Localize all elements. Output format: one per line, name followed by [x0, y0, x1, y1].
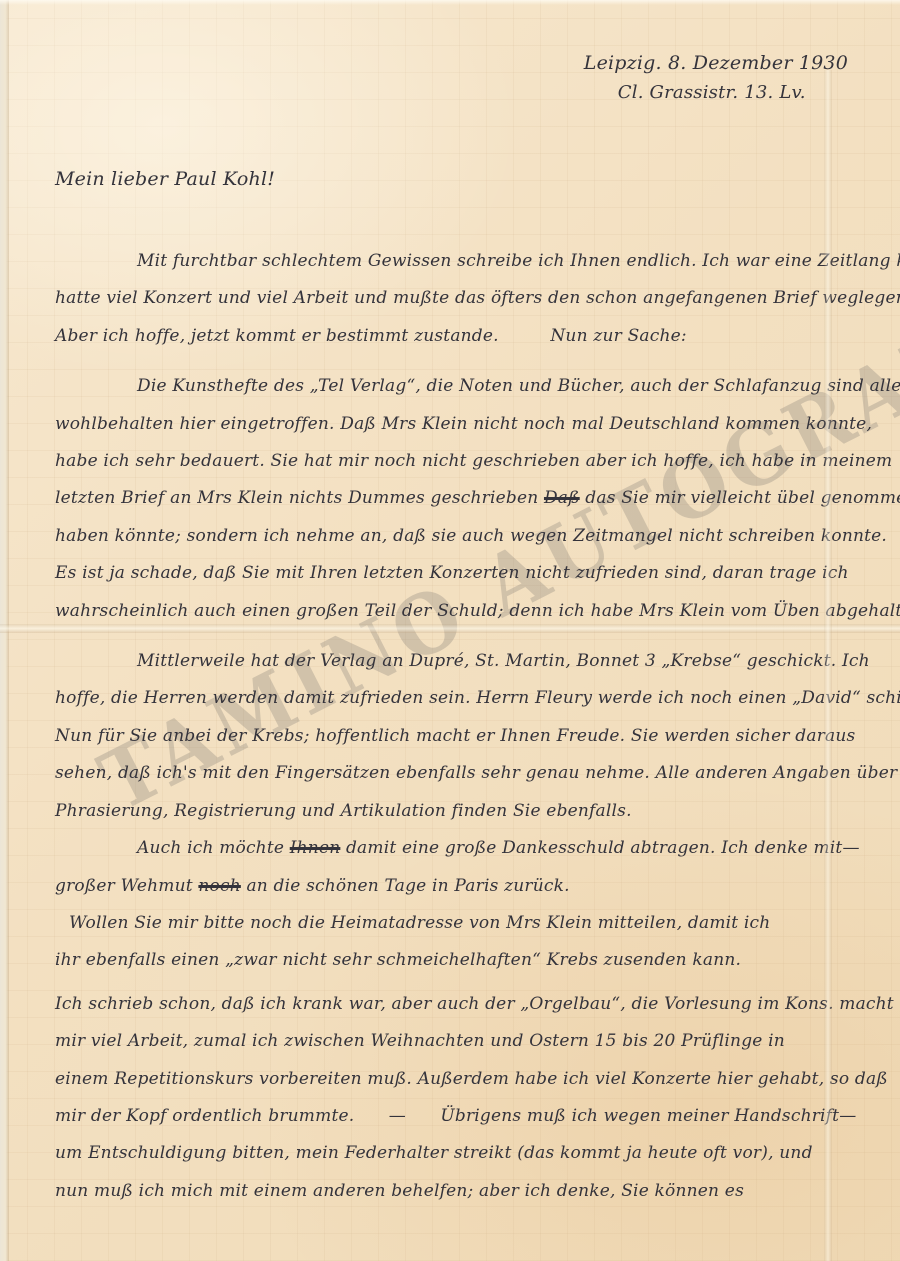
line-text: hatte viel Konzert und viel Arbeit und m… [55, 288, 900, 308]
letter-line: mir viel Arbeit, zumal ich zwischen Weih… [55, 1023, 885, 1060]
letter-line: habe ich sehr bedauert. Sie hat mir noch… [55, 443, 885, 480]
letter-line: Aber ich hoffe, jetzt kommt er bestimmt … [55, 318, 885, 355]
line-text: großer Wehmut [55, 876, 198, 896]
line-text: Mittlerweile hat der Verlag an Dupré, St… [137, 651, 870, 671]
letter-line: großer Wehmut noch an die schönen Tage i… [55, 868, 885, 905]
letter-scan-page: TAMINO AUTOGRAPHS Leipzig. 8. Dezember 1… [0, 0, 900, 1261]
letter-line: Phrasierung, Registrierung und Artikulat… [55, 793, 885, 830]
letter-line: Auch ich möchte Ihnen damit eine große D… [55, 830, 885, 867]
line-text: um Entschuldigung bitten, mein Federhalt… [55, 1143, 813, 1163]
letter-body: Mit furchtbar schlechtem Gewissen schrei… [55, 243, 885, 1210]
line-text: Ich schrieb schon, daß ich krank war, ab… [55, 994, 894, 1014]
line-text: einem Repetitionskurs vorbereiten muß. A… [55, 1069, 888, 1089]
line-text: hoffe, die Herren werden damit zufrieden… [55, 688, 900, 708]
dateline: Leipzig. 8. Dezember 1930 [584, 48, 848, 78]
letter-line: einem Repetitionskurs vorbereiten muß. A… [55, 1061, 885, 1098]
letter-line: haben könnte; sondern ich nehme an, daß … [55, 518, 885, 555]
vertical-fold-crease [824, 70, 832, 1261]
line-text: nun muß ich mich mit einem anderen behel… [55, 1181, 744, 1201]
line-text: Mit furchtbar schlechtem Gewissen schrei… [137, 251, 900, 271]
letter-line: Ich schrieb schon, daß ich krank war, ab… [55, 986, 885, 1023]
letter-line: letzten Brief an Mrs Klein nichts Dummes… [55, 480, 885, 517]
letter-line: ihr ebenfalls einen „zwar nicht sehr sch… [55, 942, 885, 979]
letter-line: Wollen Sie mir bitte noch die Heimatadre… [55, 905, 885, 942]
letter-line: nun muß ich mich mit einem anderen behel… [55, 1173, 885, 1210]
struck-out-word: Daß [544, 488, 580, 508]
letter-line: um Entschuldigung bitten, mein Federhalt… [55, 1135, 885, 1172]
line-text: mir viel Arbeit, zumal ich zwischen Weih… [55, 1031, 785, 1051]
struck-out-word: Ihnen [290, 838, 341, 858]
line-text: mir der Kopf ordentlich brummte. — Übrig… [55, 1106, 856, 1126]
line-text: Die Kunsthefte des „Tel Verlag“, die Not… [137, 376, 900, 396]
line-text: haben könnte; sondern ich nehme an, daß … [55, 526, 887, 546]
letter-line: sehen, daß ich's mit den Fingersätzen eb… [55, 755, 885, 792]
address-line: Cl. Grassistr. 13. Lv. [584, 78, 848, 108]
line-text: das Sie mir vielleicht übel genommen [580, 488, 900, 508]
letter-header: Leipzig. 8. Dezember 1930 Cl. Grassistr.… [584, 48, 848, 108]
line-text: habe ich sehr bedauert. Sie hat mir noch… [55, 451, 892, 471]
line-text: wohlbehalten hier eingetroffen. Daß Mrs … [55, 414, 872, 434]
line-text: Aber ich hoffe, jetzt kommt er bestimmt … [55, 326, 687, 346]
letter-line: Es ist ja schade, daß Sie mit Ihren letz… [55, 555, 885, 592]
letter-line: Mittlerweile hat der Verlag an Dupré, St… [55, 643, 885, 680]
line-text: an die schönen Tage in Paris zurück. [241, 876, 570, 896]
struck-out-word: noch [198, 876, 240, 896]
line-text: Phrasierung, Registrierung und Artikulat… [55, 801, 632, 821]
letter-line: wohlbehalten hier eingetroffen. Daß Mrs … [55, 406, 885, 443]
letter-line: Die Kunsthefte des „Tel Verlag“, die Not… [55, 368, 885, 405]
scan-edge-top [0, 0, 900, 5]
letter-line: Nun für Sie anbei der Krebs; hoffentlich… [55, 718, 885, 755]
horizontal-fold-crease [0, 624, 900, 633]
letter-line: Mit furchtbar schlechtem Gewissen schrei… [55, 243, 885, 280]
line-text: Auch ich möchte [137, 838, 290, 858]
letter-line: hoffe, die Herren werden damit zufrieden… [55, 680, 885, 717]
line-text: Nun für Sie anbei der Krebs; hoffentlich… [55, 726, 855, 746]
line-text: letzten Brief an Mrs Klein nichts Dummes… [55, 488, 544, 508]
letter-line: mir der Kopf ordentlich brummte. — Übrig… [55, 1098, 885, 1135]
line-text: wahrscheinlich auch einen großen Teil de… [55, 601, 900, 621]
line-text: ihr ebenfalls einen „zwar nicht sehr sch… [55, 950, 741, 970]
line-text: Es ist ja schade, daß Sie mit Ihren letz… [55, 563, 849, 583]
line-text: damit eine große Dankesschuld abtragen. … [340, 838, 859, 858]
line-text: Wollen Sie mir bitte noch die Heimatadre… [69, 913, 770, 933]
line-text: sehen, daß ich's mit den Fingersätzen eb… [55, 763, 897, 783]
salutation: Mein lieber Paul Kohl! [55, 168, 275, 190]
letter-line: hatte viel Konzert und viel Arbeit und m… [55, 280, 885, 317]
